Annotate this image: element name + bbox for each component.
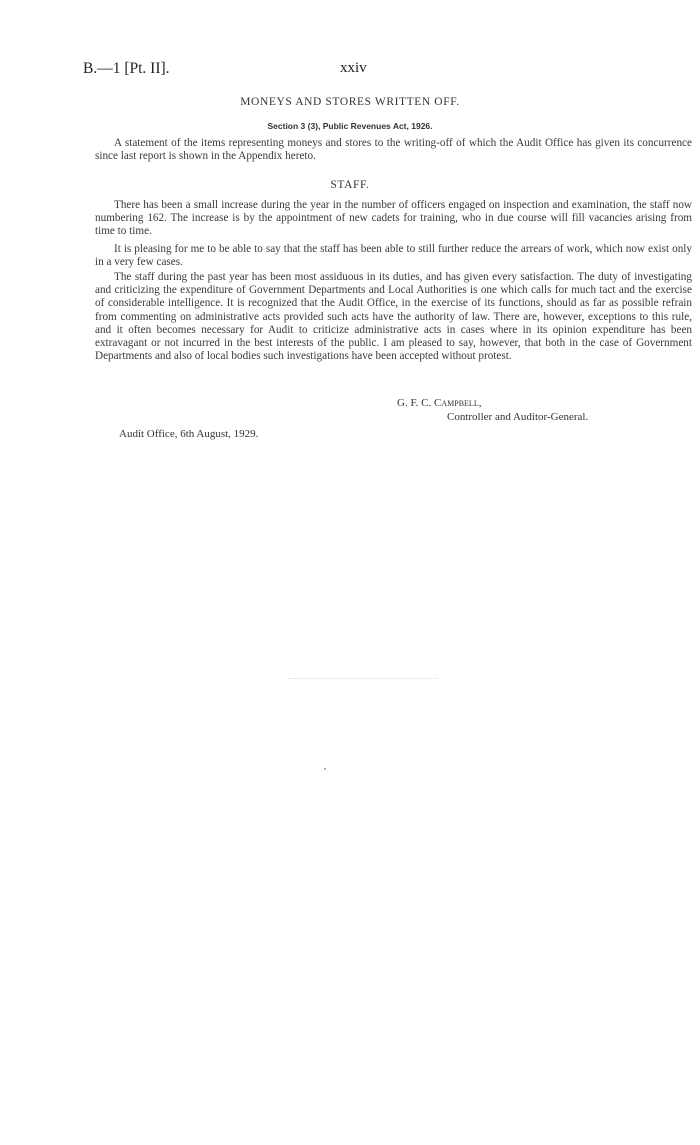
section-heading-moneys-stores: MONEYS AND STORES WRITTEN OFF. (0, 96, 700, 108)
signature-surname: Campbell, (434, 397, 481, 409)
section-heading-staff: STAFF. (0, 179, 700, 191)
paragraph-staff-duties: The staff during the past year has been … (95, 271, 692, 363)
paragraph-staff-arrears: It is pleasing for me to be able to say … (95, 243, 692, 269)
dateline: Audit Office, 6th August, 1929. (119, 428, 258, 440)
signature-initials: G. F. C. (397, 397, 431, 409)
bleed-through-noise (288, 678, 438, 680)
signature-name: G. F. C. Campbell, (397, 397, 481, 409)
section-subheading-act: Section 3 (3), Public Revenues Act, 1926… (0, 121, 700, 131)
document-page: B.—1 [Pt. II]. xxiv MONEYS AND STORES WR… (0, 0, 700, 1145)
page-number: xxiv (340, 60, 367, 77)
document-reference: B.—1 [Pt. II]. (83, 60, 170, 78)
paragraph-moneys-statement: A statement of the items representing mo… (95, 137, 692, 163)
signature-title: Controller and Auditor-General. (447, 411, 588, 423)
paragraph-staff-increase: There has been a small increase during t… (95, 199, 692, 239)
scan-speck (324, 768, 326, 770)
